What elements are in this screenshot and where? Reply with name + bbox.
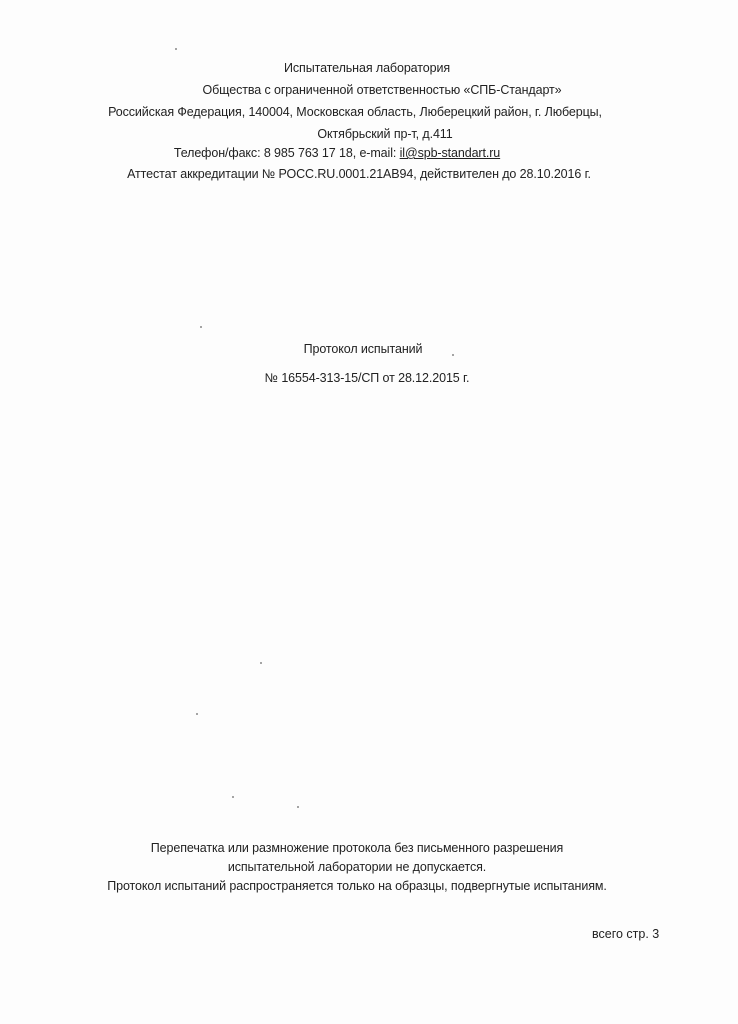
scan-speck <box>175 48 177 50</box>
email-link[interactable]: il@spb-standart.ru <box>400 146 501 160</box>
protocol-number: № 16554-313-15/СП от 28.12.2015 г. <box>0 370 736 386</box>
document-title: Протокол испытаний <box>0 341 732 357</box>
scan-speck <box>232 796 234 798</box>
notice-line-1: Перепечатка или размножение протокола бе… <box>0 840 726 856</box>
company-name: Общества с ограниченной ответственностью… <box>13 82 738 98</box>
address-line-2: Октябрьский пр-т, д.411 <box>16 126 738 142</box>
lab-name: Испытательная лаборатория <box>0 60 736 76</box>
scan-speck <box>297 806 299 808</box>
address-line-1: Российская Федерация, 140004, Московская… <box>0 104 724 120</box>
scan-speck <box>196 713 198 715</box>
scan-speck <box>260 662 262 664</box>
total-pages: всего стр. 3 <box>592 926 659 942</box>
notice-line-2: испытательной лаборатории не допускается… <box>0 859 726 875</box>
document-page: Испытательная лаборатория Общества с огр… <box>0 0 738 1024</box>
notice-line-3: Протокол испытаний распространяется толь… <box>0 878 726 894</box>
phone-fax: Телефон/факс: 8 985 763 17 18, e-mail: <box>174 146 400 160</box>
scan-speck <box>452 354 454 356</box>
scan-speck <box>200 326 202 328</box>
accreditation: Аттестат аккредитации № РОСС.RU.0001.21А… <box>0 166 728 182</box>
contact-line: Телефон/факс: 8 985 763 17 18, e-mail: i… <box>0 145 706 161</box>
